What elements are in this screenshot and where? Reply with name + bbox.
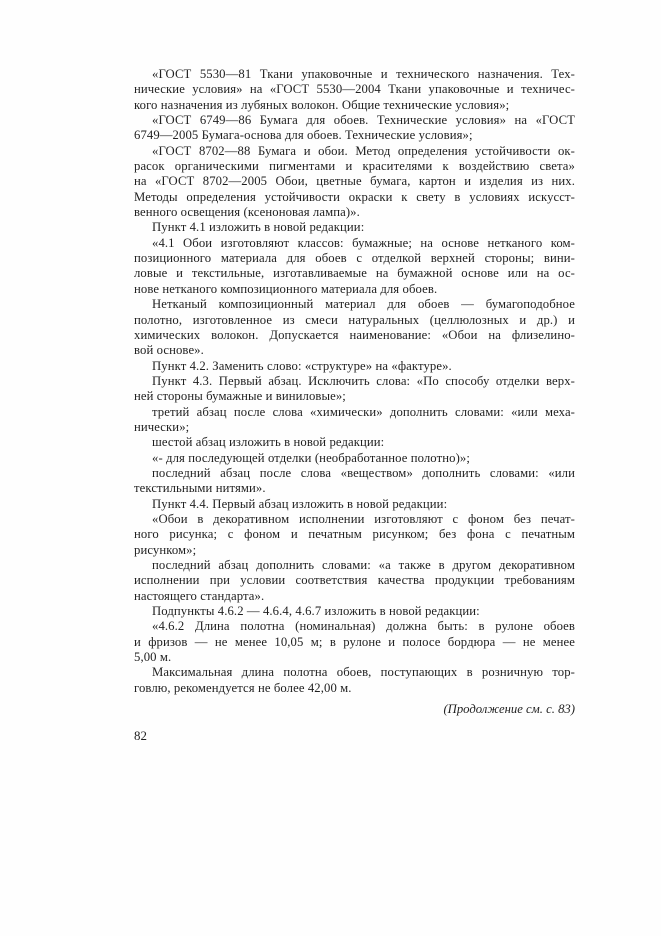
scanned-document-page: «ГОСТ 5530—81 Ткани упаковочные и технич… <box>0 0 661 936</box>
paragraph: «4.1 Обои изготовляют классов: бумажные;… <box>134 236 575 297</box>
paragraph: Пункт 4.2. Заменить слово: «структуре» н… <box>134 359 575 374</box>
text-line: Пункт 4.1 изложить в новой редакции: <box>134 220 575 235</box>
text-line: химических волокон. Допускается наименов… <box>134 328 575 343</box>
text-line: настоящего стандарта». <box>134 589 575 604</box>
text-line: Методы определения устойчивости окраски … <box>134 190 575 205</box>
paragraph: Подпункты 4.6.2 — 4.6.4, 4.6.7 изложить … <box>134 604 575 619</box>
text-line: нические условия» на «ГОСТ 5530—2004 Тка… <box>134 82 575 97</box>
paragraph: Пункт 4.4. Первый абзац изложить в новой… <box>134 497 575 512</box>
text-line: последний абзац после слова «веществом» … <box>134 466 575 481</box>
paragraph: Максимальная длина полотна обоев, поступ… <box>134 665 575 696</box>
text-line: нове нетканого композиционного материала… <box>134 282 575 297</box>
paragraph: «ГОСТ 8702—88 Бумага и обои. Метод опред… <box>134 144 575 221</box>
text-line: последний абзац дополнить словами: «а та… <box>134 558 575 573</box>
text-line: позиционного материала для обоев с отдел… <box>134 251 575 266</box>
paragraph: «- для последующей отделки (необработанн… <box>134 451 575 466</box>
text-line: исполнении при условии соответствия каче… <box>134 573 575 588</box>
text-line: «ГОСТ 8702—88 Бумага и обои. Метод опред… <box>134 144 575 159</box>
text-line: «Обои в декоративном исполнении изготовл… <box>134 512 575 527</box>
paragraph: «4.6.2 Длина полотна (номинальная) должн… <box>134 619 575 665</box>
text-line: 5,00 м. <box>134 650 575 665</box>
paragraph: «Обои в декоративном исполнении изготовл… <box>134 512 575 558</box>
text-line: шестой абзац изложить в новой редакции: <box>134 435 575 450</box>
text-line: полотно, изготовленное из смеси натураль… <box>134 313 575 328</box>
text-line: «- для последующей отделки (необработанн… <box>134 451 575 466</box>
text-line: вой основе». <box>134 343 575 358</box>
text-line: на «ГОСТ 8702—2005 Обои, цветные бумага,… <box>134 174 575 189</box>
text-line: «ГОСТ 5530—81 Ткани упаковочные и технич… <box>134 67 575 82</box>
text-line: третий абзац после слова «химически» доп… <box>134 405 575 420</box>
text-line: «4.1 Обои изготовляют классов: бумажные;… <box>134 236 575 251</box>
page-number: 82 <box>134 729 147 744</box>
text-line: рисунком»; <box>134 543 575 558</box>
text-block: «ГОСТ 5530—81 Ткани упаковочные и технич… <box>134 67 575 696</box>
text-line: Пункт 4.2. Заменить слово: «структуре» н… <box>134 359 575 374</box>
paragraph: «ГОСТ 6749—86 Бумага для обоев. Техничес… <box>134 113 575 144</box>
paragraph: Нетканый композиционный материал для обо… <box>134 297 575 358</box>
text-line: нически»; <box>134 420 575 435</box>
paragraph: третий абзац после слова «химически» доп… <box>134 405 575 436</box>
text-line: ней стороны бумажные и виниловые»; <box>134 389 575 404</box>
text-line: Пункт 4.4. Первый абзац изложить в новой… <box>134 497 575 512</box>
paragraph: Пункт 4.3. Первый абзац. Исключить слова… <box>134 374 575 405</box>
text-line: «ГОСТ 6749—86 Бумага для обоев. Техничес… <box>134 113 575 128</box>
paragraph: последний абзац после слова «веществом» … <box>134 466 575 497</box>
text-line: и фризов — не менее 10,05 м; в рулоне и … <box>134 635 575 650</box>
paragraph: Пункт 4.1 изложить в новой редакции: <box>134 220 575 235</box>
text-line: Максимальная длина полотна обоев, поступ… <box>134 665 575 680</box>
text-line: «4.6.2 Длина полотна (номинальная) должн… <box>134 619 575 634</box>
text-line: говлю, рекомендуется не более 42,00 м. <box>134 681 575 696</box>
text-line: Подпункты 4.6.2 — 4.6.4, 4.6.7 изложить … <box>134 604 575 619</box>
text-line: кого назначения из лубяных волокон. Общи… <box>134 98 575 113</box>
text-line: венного освещения (ксеноновая лампа)». <box>134 205 575 220</box>
text-line: ловые и текстильные, изготавливаемые на … <box>134 266 575 281</box>
paragraph: последний абзац дополнить словами: «а та… <box>134 558 575 604</box>
text-line: Пункт 4.3. Первый абзац. Исключить слова… <box>134 374 575 389</box>
text-line: текстильными нитями». <box>134 481 575 496</box>
continuation-note: (Продолжение см. с. 83) <box>134 702 575 717</box>
text-line: 6749—2005 Бумага-основа для обоев. Техни… <box>134 128 575 143</box>
text-line: ного рисунка; с фоном и печатным рисунко… <box>134 527 575 542</box>
paragraph: «ГОСТ 5530—81 Ткани упаковочные и технич… <box>134 67 575 113</box>
paragraph: шестой абзац изложить в новой редакции: <box>134 435 575 450</box>
text-line: Нетканый композиционный материал для обо… <box>134 297 575 312</box>
text-line: расок органическими пигментами и красите… <box>134 159 575 174</box>
